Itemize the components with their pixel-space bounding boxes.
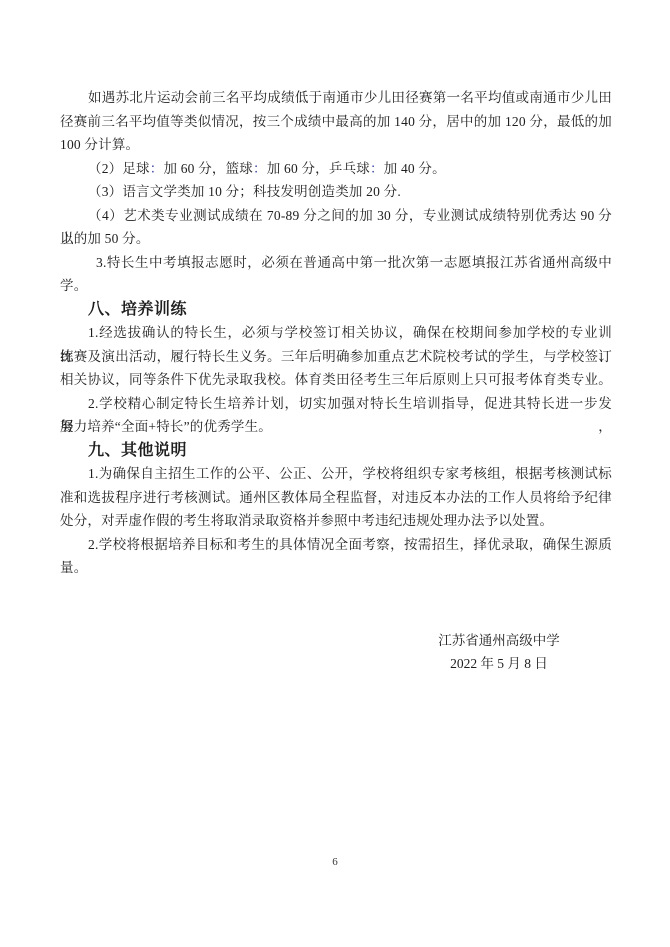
colon-accent: ： — [150, 161, 164, 176]
body-text-line-sports-bonus: （2）足球：加 60 分，篮球：加 60 分，乒乓球：加 40 分。 — [60, 157, 612, 181]
page-number: 6 — [0, 856, 670, 868]
body-text-line: 如遇苏北片运动会前三名平均成绩低于南通市少儿田径赛第一名平均值或南通市少儿田 — [60, 86, 612, 110]
body-text-line: 100 分计算。 — [60, 133, 612, 157]
body-text-line: 2.学校精心制定特长生培养计划，切实加强对特长生培训指导，促进其特长进一步发展， — [60, 392, 612, 416]
body-text-line: 径赛前三名平均值等类似情况，按三个成绩中最高的加 140 分，居中的加 120 … — [60, 110, 612, 134]
signature-block: 江苏省通州高级中学 2022 年 5 月 8 日 — [404, 629, 594, 676]
section-heading-training: 八、培养训练 — [60, 298, 612, 322]
colon-accent: ： — [370, 161, 384, 176]
text-segment: 加 40 分。 — [384, 161, 446, 176]
signature-date: 2022 年 5 月 8 日 — [404, 652, 594, 676]
body-text-line: 学。 — [60, 274, 612, 298]
body-text-line: （3）语言文学类加 10 分；科技发明创造类加 20 分. — [60, 180, 612, 204]
body-text-line: （4）艺术类专业测试成绩在 70-89 分之间的加 30 分，专业测试成绩特别优… — [60, 204, 612, 228]
text-segment: 加 60 分，篮球 — [163, 161, 253, 176]
body-text-line: 1.经选拔确认的特长生，必须与学校签订相关协议，确保在校期间参加学校的专业训练、 — [60, 321, 612, 345]
body-text-line: 2.学校将根据培养目标和考生的具体情况全面考察，按需招生，择优录取，确保生源质 — [60, 533, 612, 557]
body-text-line: 上的加 50 分。 — [60, 227, 612, 251]
body-text-line: 3.特长生中考填报志愿时，必须在普通高中第一批次第一志愿填报江苏省通州高级中 — [60, 251, 612, 275]
body-text-line: 比赛及演出活动，履行特长生义务。三年后明确参加重点艺术院校考试的学生，与学校签订 — [60, 345, 612, 369]
document-body: 如遇苏北片运动会前三名平均成绩低于南通市少儿田径赛第一名平均值或南通市少儿田 径… — [60, 86, 612, 676]
text-segment: （2）足球 — [88, 161, 150, 176]
signature-organization: 江苏省通州高级中学 — [404, 629, 594, 653]
body-text-line: 处分，对弄虚作假的考生将取消录取资格并参照中考违纪违规处理办法予以处置。 — [60, 509, 612, 533]
section-heading-other-notes: 九、其他说明 — [60, 439, 612, 463]
body-text-line: 准和选拔程序进行考核测试。通州区教体局全程监督，对违反本办法的工作人员将给予纪律 — [60, 486, 612, 510]
text-segment: 加 60 分，乒乓球 — [267, 161, 370, 176]
body-text-line: 量。 — [60, 556, 612, 580]
body-text-line: 1.为确保自主招生工作的公平、公正、公开，学校将组织专家考核组，根据考核测试标 — [60, 462, 612, 486]
document-page: 如遇苏北片运动会前三名平均成绩低于南通市少儿田径赛第一名平均值或南通市少儿田 径… — [0, 0, 670, 947]
body-text-line: 相关协议，同等条件下优先录取我校。体育类田径考生三年后原则上只可报考体育类专业。 — [60, 368, 612, 392]
colon-accent: ： — [253, 161, 267, 176]
